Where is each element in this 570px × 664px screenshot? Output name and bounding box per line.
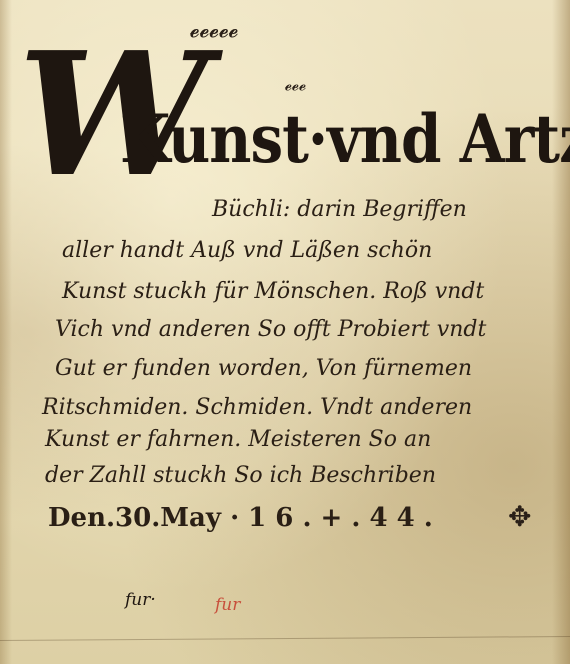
- text-line-2: aller handt Auß vnd Läßen schön: [62, 238, 432, 263]
- text-line-1: Büchli: darin Begriffen: [212, 197, 467, 222]
- margin-note-red: fur: [215, 595, 240, 615]
- manuscript-title: Kunst·vnd Artzney: [120, 100, 570, 178]
- margin-note-black: fur·: [125, 590, 156, 610]
- text-line-6: Ritschmiden. Schmiden. Vndt anderen: [42, 395, 472, 420]
- manuscript-page: W 𝓮𝓮𝓮𝓮𝓮 𝓮𝓮𝓮 Kunst·vnd Artzney Büchli: da…: [0, 0, 570, 664]
- page-crease: [0, 636, 570, 641]
- page-edge-shadow: [0, 0, 12, 664]
- text-line-5: Gut er funden worden, Von fürnemen: [55, 356, 472, 381]
- text-line-4: Vich vnd anderen So offt Probiert vndt: [55, 317, 486, 342]
- flourish-ornament: 𝓮𝓮𝓮𝓮𝓮: [190, 18, 239, 43]
- date-line: Den.30.May · 1 6 . + . 4 4 .: [48, 503, 433, 533]
- text-line-7: Kunst er fahrnen. Meisteren So an: [45, 427, 431, 452]
- end-flourish-ornament: ✥: [508, 500, 531, 533]
- text-line-8: der Zahll stuckh So ich Beschriben: [45, 463, 436, 488]
- text-line-3: Kunst stuckh für Mönschen. Roß vndt: [62, 279, 484, 304]
- flourish-ornament: 𝓮𝓮𝓮: [285, 75, 306, 95]
